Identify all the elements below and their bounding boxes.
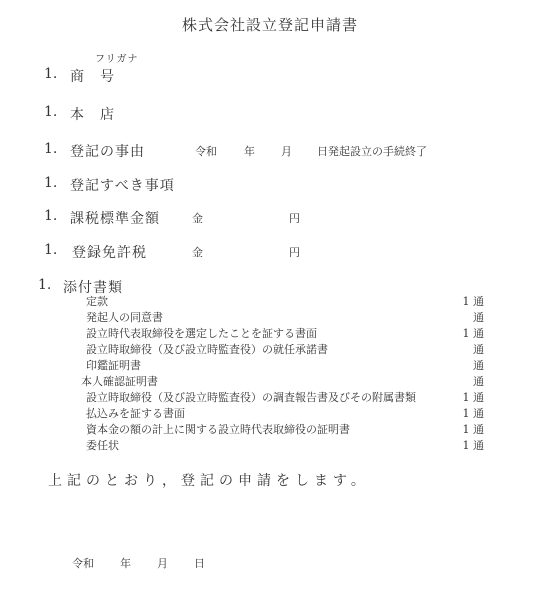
- attachment-row: 払込みを証する書面 1 通: [86, 405, 484, 421]
- reason-month: 月: [281, 143, 292, 159]
- attachment-label: 本人確認証明書: [81, 373, 158, 389]
- attachment-row: 設立時取締役（及び設立時監査役）の就任承諾書 通: [86, 341, 484, 357]
- item-number: 1.: [44, 104, 57, 120]
- attachment-row: 定款 1 通: [86, 293, 484, 309]
- attachment-count: 1 通: [463, 389, 485, 405]
- attachment-label: 印鑑証明書: [86, 357, 141, 373]
- attachment-row: 発起人の同意書 通: [86, 309, 484, 325]
- registration-matters-label: 登記すべき事項: [70, 175, 175, 195]
- item-number: 1.: [44, 175, 57, 191]
- date-day: 日: [194, 555, 205, 571]
- attachment-count: 1 通: [463, 421, 485, 437]
- attachment-label: 発起人の同意書: [86, 309, 163, 325]
- attachment-label: 設立時取締役（及び設立時監査役）の就任承諾書: [86, 341, 328, 357]
- attachment-label: 資本金の額の計上に関する設立時代表取締役の証明書: [86, 421, 350, 437]
- attachment-count: 通: [473, 373, 484, 389]
- attachment-count: 通: [473, 309, 484, 325]
- furigana-label: フリガナ: [95, 50, 139, 65]
- attachment-count: 通: [473, 341, 484, 357]
- tax-base-kin: 金: [192, 210, 203, 226]
- date-year: 年: [120, 555, 131, 571]
- reason-era: 令和: [195, 143, 217, 159]
- item-number: 1.: [44, 141, 57, 157]
- tax-base-amount-label: 課税標準金額: [70, 208, 160, 228]
- attachment-count: 1 通: [463, 405, 485, 421]
- reason-detail: 日発起設立の手続終了: [317, 143, 427, 159]
- date-month: 月: [157, 555, 168, 571]
- head-office-label: 本 店: [70, 104, 115, 124]
- attachment-row: 設立時取締役（及び設立時監査役）の調査報告書及びその附属書類 1 通: [86, 389, 484, 405]
- attachment-label: 払込みを証する書面: [86, 405, 185, 421]
- attachment-row: 設立時代表取締役を選定したことを証する書面 1 通: [86, 325, 484, 341]
- reg-tax-kin: 金: [192, 244, 203, 260]
- attachment-count: 1 通: [463, 325, 485, 341]
- item-number: 1.: [44, 242, 57, 258]
- date-era: 令和: [72, 555, 94, 571]
- registration-reason-label: 登記の事由: [70, 141, 145, 161]
- closing-statement: 上記のとおり，登記の申請をします。: [48, 470, 370, 490]
- document-title: 株式会社設立登記申請書: [0, 14, 540, 35]
- item-number: 1.: [38, 277, 51, 293]
- reason-year: 年: [244, 143, 255, 159]
- item-number: 1.: [44, 66, 57, 82]
- attachment-row: 印鑑証明書 通: [86, 357, 484, 373]
- attachment-count: 1 通: [463, 293, 485, 309]
- trade-name-label: 商 号: [70, 66, 115, 86]
- attachment-label: 定款: [86, 293, 108, 309]
- attachment-label: 設立時代表取締役を選定したことを証する書面: [86, 325, 317, 341]
- tax-base-yen: 円: [289, 210, 300, 226]
- item-number: 1.: [44, 208, 57, 224]
- attachment-row: 本人確認証明書 通: [81, 373, 484, 389]
- attachment-row: 委任状 1 通: [86, 437, 484, 453]
- reg-tax-yen: 円: [289, 244, 300, 260]
- attachment-label: 委任状: [86, 437, 119, 453]
- attachment-label: 設立時取締役（及び設立時監査役）の調査報告書及びその附属書類: [86, 389, 416, 405]
- attachment-row: 資本金の額の計上に関する設立時代表取締役の証明書 1 通: [86, 421, 484, 437]
- registration-tax-label: 登録免許税: [72, 242, 147, 262]
- attachment-count: 通: [473, 357, 484, 373]
- attachment-count: 1 通: [463, 437, 485, 453]
